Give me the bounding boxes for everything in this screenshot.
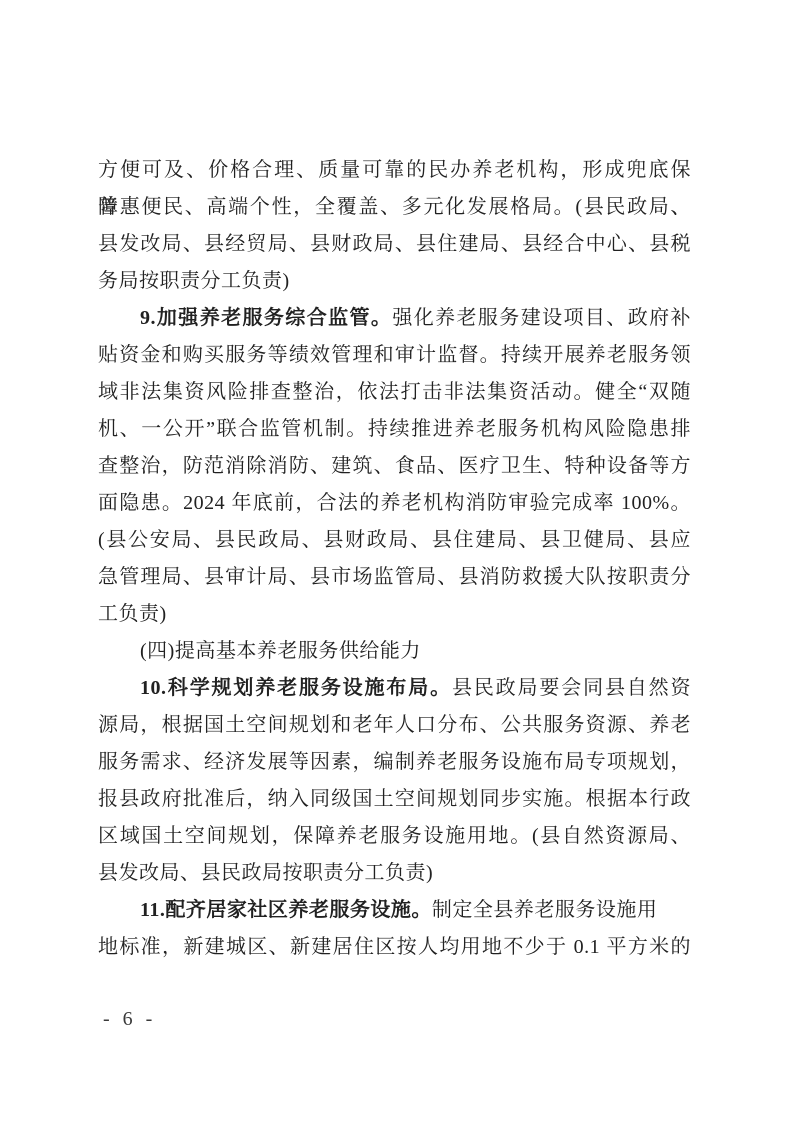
paragraph-heading: 11.配齐居家社区养老服务设施。 (140, 899, 432, 921)
text-line: 10.科学规划养老服务设施布局。县民政局要会同县自然资 (98, 670, 691, 707)
text-line: 县发改局、县经贸局、县财政局、县住建局、县经合中心、县税 (98, 226, 691, 263)
text-line: (县公安局、县民政局、县财政局、县住建局、县卫健局、县应 (98, 522, 691, 559)
text-line: 查整治，防范消除消防、建筑、食品、医疗卫生、特种设备等方 (98, 448, 691, 485)
text-line: 贴资金和购买服务等绩效管理和审计监督。持续开展养老服务领 (98, 337, 691, 374)
text-line: 务局按职责分工负责) (98, 263, 691, 300)
text-line: 地标准，新建城区、新建居住区按人均用地不少于 0.1 平方米的 (98, 929, 691, 966)
text-line: 县发改局、县民政局按职责分工负责) (98, 855, 691, 892)
document-page: 方便可及、价格合理、质量可靠的民办养老机构，形成兜底保障、普惠便民、高端个性，全… (0, 0, 793, 1121)
text-line: 区域国土空间规划，保障养老服务设施用地。(县自然资源局、 (98, 818, 691, 855)
text-line: 报县政府批准后，纳入同级国土空间规划同步实施。根据本行政 (98, 781, 691, 818)
text-line: 急管理局、县审计局、县市场监管局、县消防救援大队按职责分 (98, 559, 691, 596)
text-line: (四)提高基本养老服务供给能力 (98, 633, 691, 670)
text-line: 普惠便民、高端个性，全覆盖、多元化发展格局。(县民政局、 (98, 189, 691, 226)
paragraph-heading: 9.加强养老服务综合监管。 (140, 307, 392, 329)
text-line: 方便可及、价格合理、质量可靠的民办养老机构，形成兜底保障、 (98, 152, 691, 189)
text-line: 9.加强养老服务综合监管。强化养老服务建设项目、政府补 (98, 300, 691, 337)
paragraph-heading: 10.科学规划养老服务设施布局。 (140, 677, 452, 699)
text-line: 源局，根据国土空间规划和老年人口分布、公共服务资源、养老 (98, 707, 691, 744)
text-line: 11.配齐居家社区养老服务设施。制定全县养老服务设施用 (98, 892, 691, 929)
text-line: 工负责) (98, 596, 691, 633)
text-line: 服务需求、经济发展等因素，编制养老服务设施布局专项规划， (98, 744, 691, 781)
text-line: 面隐患。2024 年底前，合法的养老机构消防审验完成率 100%。 (98, 485, 691, 522)
page-number: - 6 - (103, 1006, 156, 1032)
text-line: 域非法集资风险排查整治，依法打击非法集资活动。健全“双随 (98, 374, 691, 411)
text-line: 机、一公开”联合监管机制。持续推进养老服务机构风险隐患排 (98, 411, 691, 448)
text-block: 方便可及、价格合理、质量可靠的民办养老机构，形成兜底保障、普惠便民、高端个性，全… (98, 152, 691, 966)
